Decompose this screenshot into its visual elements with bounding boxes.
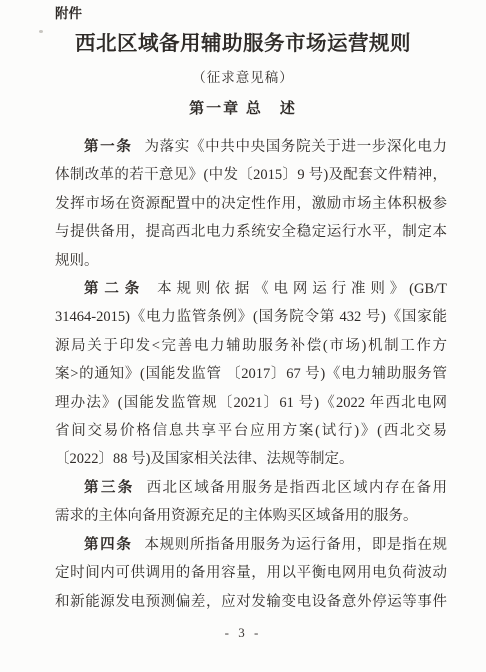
article-text: 本规则依据《电网运行准则》(GB/T <box>157 281 447 297</box>
doc-line: 理办法》(国能发监管规〔2021〕61 号)《2022 年西北电网 <box>55 389 447 417</box>
paragraph-last-line: 〔2022〕88 号)及国家相关法律、法规等制定。 <box>55 445 447 473</box>
article-number: 第二条 <box>84 281 145 297</box>
doc-line: 和新能源发电预测偏差，应对发输变电设备意外停运等事件 <box>55 588 447 616</box>
page-number: - 3 - <box>0 625 486 641</box>
doc-line: 31464-2015)《电力监管条例》(国务院令第 432 号)《国家能 <box>55 303 447 331</box>
article-text: 为落实《中共中央国务院关于进一步深化电力 <box>144 139 447 155</box>
doc-line: 与提供备用，提高西北电力系统安全稳定运行水平，制定本 <box>55 218 447 246</box>
doc-line: 源局关于印发<完善电力辅助服务补偿(市场)机制工作方 <box>55 332 447 360</box>
paragraph-first-line: 第三条西北区域备用服务是指西北区域内存在备用 <box>55 474 447 502</box>
paragraph-first-line: 第一条为落实《中共中央国务院关于进一步深化电力 <box>55 133 447 161</box>
doc-line: 省间交易价格信息共享平台应用方案(试行)》(西北交易 <box>55 417 447 445</box>
document-title: 西北区域备用辅助服务市场运营规则 <box>0 30 486 58</box>
paragraph-last-line: 规则。 <box>55 247 447 275</box>
scanned-document-page: 附件 西北区域备用辅助服务市场运营规则 （征求意见稿） 第一章 总 述 第一条为… <box>0 0 486 672</box>
doc-line: 案>的通知》(国能发监管 〔2017〕67 号)《电力辅助服务管 <box>55 360 447 388</box>
article-number: 第四条 <box>84 537 132 553</box>
article-text: 西北区域备用服务是指西北区域内存在备用 <box>147 480 447 496</box>
document-body: 第一条为落实《中共中央国务院关于进一步深化电力 体制改革的若干意见》(中发〔20… <box>55 133 447 616</box>
article-number: 第三条 <box>84 480 135 496</box>
paragraph-first-line: 第四条本规则所指备用服务为运行备用，即是指在规 <box>55 531 447 559</box>
attachment-label: 附件 <box>55 5 486 23</box>
scan-speck-artifact <box>39 30 43 33</box>
doc-line: 定时间内可供调用的备用容量，用以平衡电网用电负荷波动 <box>55 559 447 587</box>
document-subtitle: （征求意见稿） <box>0 69 486 86</box>
article-number: 第一条 <box>84 139 132 155</box>
article-text: 本规则所指备用服务为运行备用，即是指在规 <box>144 537 447 553</box>
doc-line: 体制改革的若干意见》(中发〔2015〕9 号)及配套文件精神， <box>55 161 447 189</box>
doc-line: 发挥市场在资源配置中的决定性作用，激励市场主体积极参 <box>55 190 447 218</box>
paragraph-first-line: 第二条本规则依据《电网运行准则》(GB/T <box>55 275 447 303</box>
chapter-heading: 第一章 总 述 <box>0 99 486 119</box>
paragraph-last-line: 需求的主体向备用资源充足的主体购买区域备用的服务。 <box>55 502 447 530</box>
